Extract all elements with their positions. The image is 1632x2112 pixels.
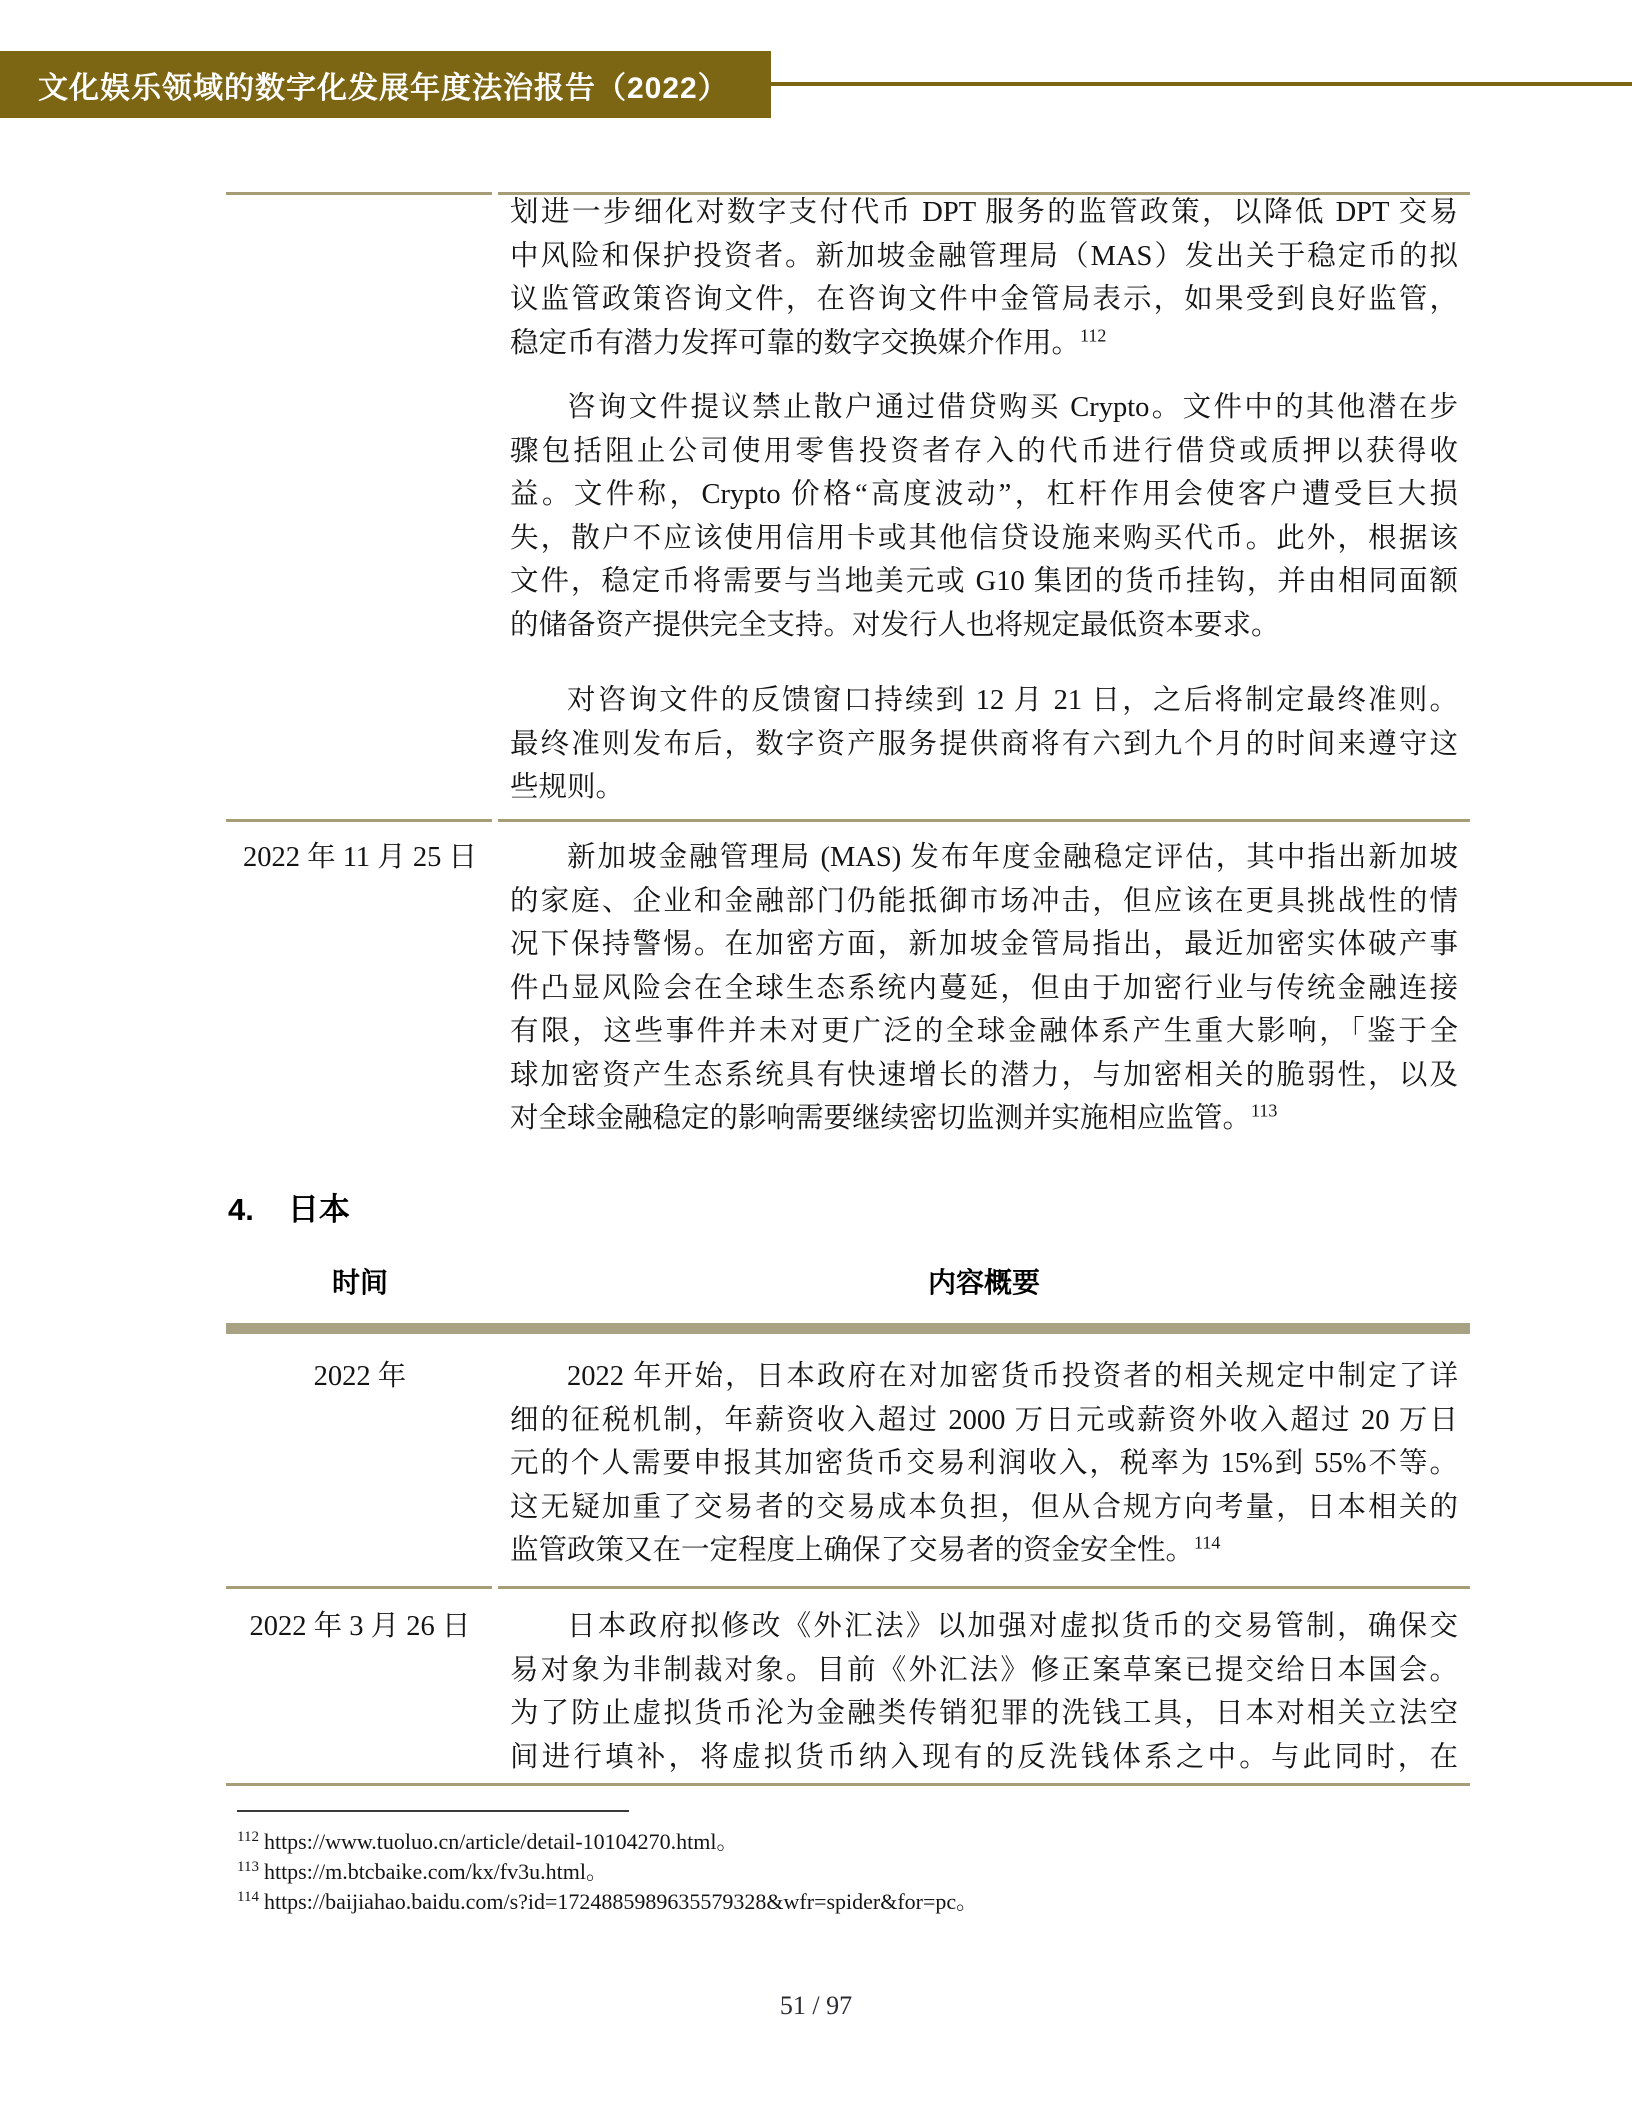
body-line: 益。文件称，Crypto 价格“高度波动”，杠杆作用会使客户遭受巨大损 bbox=[510, 473, 1458, 517]
body-line: 中风险和保护投资者。新加坡金融管理局（MAS）发出关于稳定币的拟 bbox=[510, 235, 1458, 279]
body-line: 件凸显风险会在全球生态系统内蔓延，但由于加密行业与传统金融连接 bbox=[510, 967, 1458, 1011]
footnotes: 112https://www.tuoluo.cn/article/detail-… bbox=[237, 1827, 1437, 1917]
table-rule bbox=[226, 1586, 492, 1589]
footnote-separator bbox=[237, 1810, 629, 1812]
body-line: 细的征税机制，年薪资收入超过 2000 万日元或薪资外收入超过 20 万日 bbox=[510, 1399, 1458, 1443]
paragraph-continued: 划进一步细化对数字支付代币 DPT 服务的监管政策，以降低 DPT 交易 中风险… bbox=[510, 191, 1458, 365]
body-line: 文件，稳定币将需要与当地美元或 G10 集团的货币挂钩，并由相同面额 bbox=[510, 560, 1458, 604]
body-line: 最终准则发布后，数字资产服务提供商将有六到九个月的时间来遵守这 bbox=[510, 723, 1458, 767]
page-number: 51 / 97 bbox=[0, 1991, 1632, 2021]
table-rule bbox=[498, 1586, 1470, 1589]
table-content-cell: 日本政府拟修改《外汇法》以加强对虚拟货币的交易管制，确保交 易对象为非制裁对象。… bbox=[510, 1605, 1458, 1779]
body-line: 些规则。 bbox=[510, 766, 1458, 810]
body-line: 骤包括阻止公司使用零售投资者存入的代币进行借贷或质押以获得收 bbox=[510, 430, 1458, 474]
footnote-ref: 114 bbox=[1194, 1533, 1220, 1553]
header-rule bbox=[771, 82, 1632, 86]
section-number: 4. bbox=[228, 1192, 254, 1228]
body-line: 划进一步细化对数字支付代币 DPT 服务的监管政策，以降低 DPT 交易 bbox=[510, 191, 1458, 235]
body-line: 2022 年开始，日本政府在对加密货币投资者的相关规定中制定了详 bbox=[510, 1355, 1458, 1399]
section-title: 日本 bbox=[288, 1184, 350, 1229]
footnote-ref: 112 bbox=[1080, 325, 1106, 345]
body-line: 的储备资产提供完全支持。对发行人也将规定最低资本要求。 bbox=[510, 604, 1458, 648]
body-line: 监管政策又在一定程度上确保了交易者的资金安全性。114 bbox=[510, 1529, 1458, 1573]
body-line: 球加密资产生态系统具有快速增长的潜力，与加密相关的脆弱性，以及 bbox=[510, 1054, 1458, 1098]
body-line: 间进行填补，将虚拟货币纳入现有的反洗钱体系之中。与此同时，在 bbox=[510, 1736, 1458, 1780]
body-line: 为了防止虚拟货币沦为金融类传销犯罪的洗钱工具，日本对相关立法空 bbox=[510, 1692, 1458, 1736]
column-header-time: 时间 bbox=[226, 1261, 494, 1305]
footnote: 113https://m.btcbaike.com/kx/fv3u.html。 bbox=[237, 1857, 1437, 1887]
paragraph: 对咨询文件的反馈窗口持续到 12 月 21 日，之后将制定最终准则。 最终准则发… bbox=[510, 679, 1458, 810]
footnote-url: https://baijiahao.baidu.com/s?id=1724885… bbox=[264, 1889, 978, 1914]
body-line: 对全球金融稳定的影响需要继续密切监测并实施相应监管。113 bbox=[510, 1097, 1458, 1141]
report-title: 文化娱乐领域的数字化发展年度法治报告（2022） bbox=[0, 63, 729, 107]
body-line: 咨询文件提议禁止散户通过借贷购买 Crypto。文件中的其他潜在步 bbox=[510, 386, 1458, 430]
table-date-cell: 2022 年 bbox=[226, 1355, 494, 1399]
table-content-cell: 2022 年开始，日本政府在对加密货币投资者的相关规定中制定了详 细的征税机制，… bbox=[510, 1355, 1458, 1573]
paragraph: 咨询文件提议禁止散户通过借贷购买 Crypto。文件中的其他潜在步 骤包括阻止公… bbox=[510, 386, 1458, 647]
footnote-number: 112 bbox=[237, 1829, 259, 1845]
footnote-number: 114 bbox=[237, 1889, 259, 1905]
footnote-number: 113 bbox=[237, 1859, 259, 1875]
footnote-url: https://www.tuoluo.cn/article/detail-101… bbox=[264, 1829, 739, 1854]
footnote-url: https://m.btcbaike.com/kx/fv3u.html。 bbox=[264, 1859, 608, 1884]
body-line: 况下保持警惕。在加密方面，新加坡金管局指出，最近加密实体破产事 bbox=[510, 923, 1458, 967]
body-line: 议监管政策咨询文件，在咨询文件中金管局表示，如果受到良好监管， bbox=[510, 278, 1458, 322]
table-rule bbox=[226, 192, 492, 195]
table-date-cell: 2022 年 11 月 25 日 bbox=[226, 836, 494, 880]
body-line: 有限，这些事件并未对更广泛的全球金融体系产生重大影响，「鉴于全 bbox=[510, 1010, 1458, 1054]
table-date-cell: 2022 年 3 月 26 日 bbox=[226, 1605, 494, 1649]
body-line: 易对象为非制裁对象。目前《外汇法》修正案草案已提交给日本国会。 bbox=[510, 1649, 1458, 1693]
footnote: 114https://baijiahao.baidu.com/s?id=1724… bbox=[237, 1887, 1437, 1917]
body-line: 元的个人需要申报其加密货币交易利润收入，税率为 15%到 55%不等。 bbox=[510, 1442, 1458, 1486]
table-bottom-rule bbox=[226, 1783, 1470, 1786]
body-line: 稳定币有潜力发挥可靠的数字交换媒介作用。112 bbox=[510, 322, 1458, 366]
table-rule bbox=[498, 819, 1470, 822]
document-page: { "header": { "title": "文化娱乐领域的数字化发展年度法治… bbox=[0, 0, 1632, 2112]
table-rule bbox=[226, 819, 492, 822]
section-heading-japan: 4. 日本 bbox=[228, 1184, 350, 1229]
table-content-cell: 新加坡金融管理局 (MAS) 发布年度金融稳定评估，其中指出新加坡 的家庭、企业… bbox=[510, 836, 1458, 1141]
body-line: 的家庭、企业和金融部门仍能抵御市场冲击，但应该在更具挑战性的情 bbox=[510, 880, 1458, 924]
footnote-ref: 113 bbox=[1251, 1101, 1277, 1121]
body-line: 对咨询文件的反馈窗口持续到 12 月 21 日，之后将制定最终准则。 bbox=[510, 679, 1458, 723]
column-header-summary: 内容概要 bbox=[498, 1261, 1470, 1305]
footnote: 112https://www.tuoluo.cn/article/detail-… bbox=[237, 1827, 1437, 1857]
body-line: 失，散户不应该使用信用卡或其他信贷设施来购买代币。此外，根据该 bbox=[510, 517, 1458, 561]
body-line: 新加坡金融管理局 (MAS) 发布年度金融稳定评估，其中指出新加坡 bbox=[510, 836, 1458, 880]
table-header-band bbox=[226, 1323, 1470, 1334]
body-line: 日本政府拟修改《外汇法》以加强对虚拟货币的交易管制，确保交 bbox=[510, 1605, 1458, 1649]
body-line: 这无疑加重了交易者的交易成本负担，但从合规方向考量，日本相关的 bbox=[510, 1486, 1458, 1530]
header-bar: 文化娱乐领域的数字化发展年度法治报告（2022） bbox=[0, 51, 771, 118]
